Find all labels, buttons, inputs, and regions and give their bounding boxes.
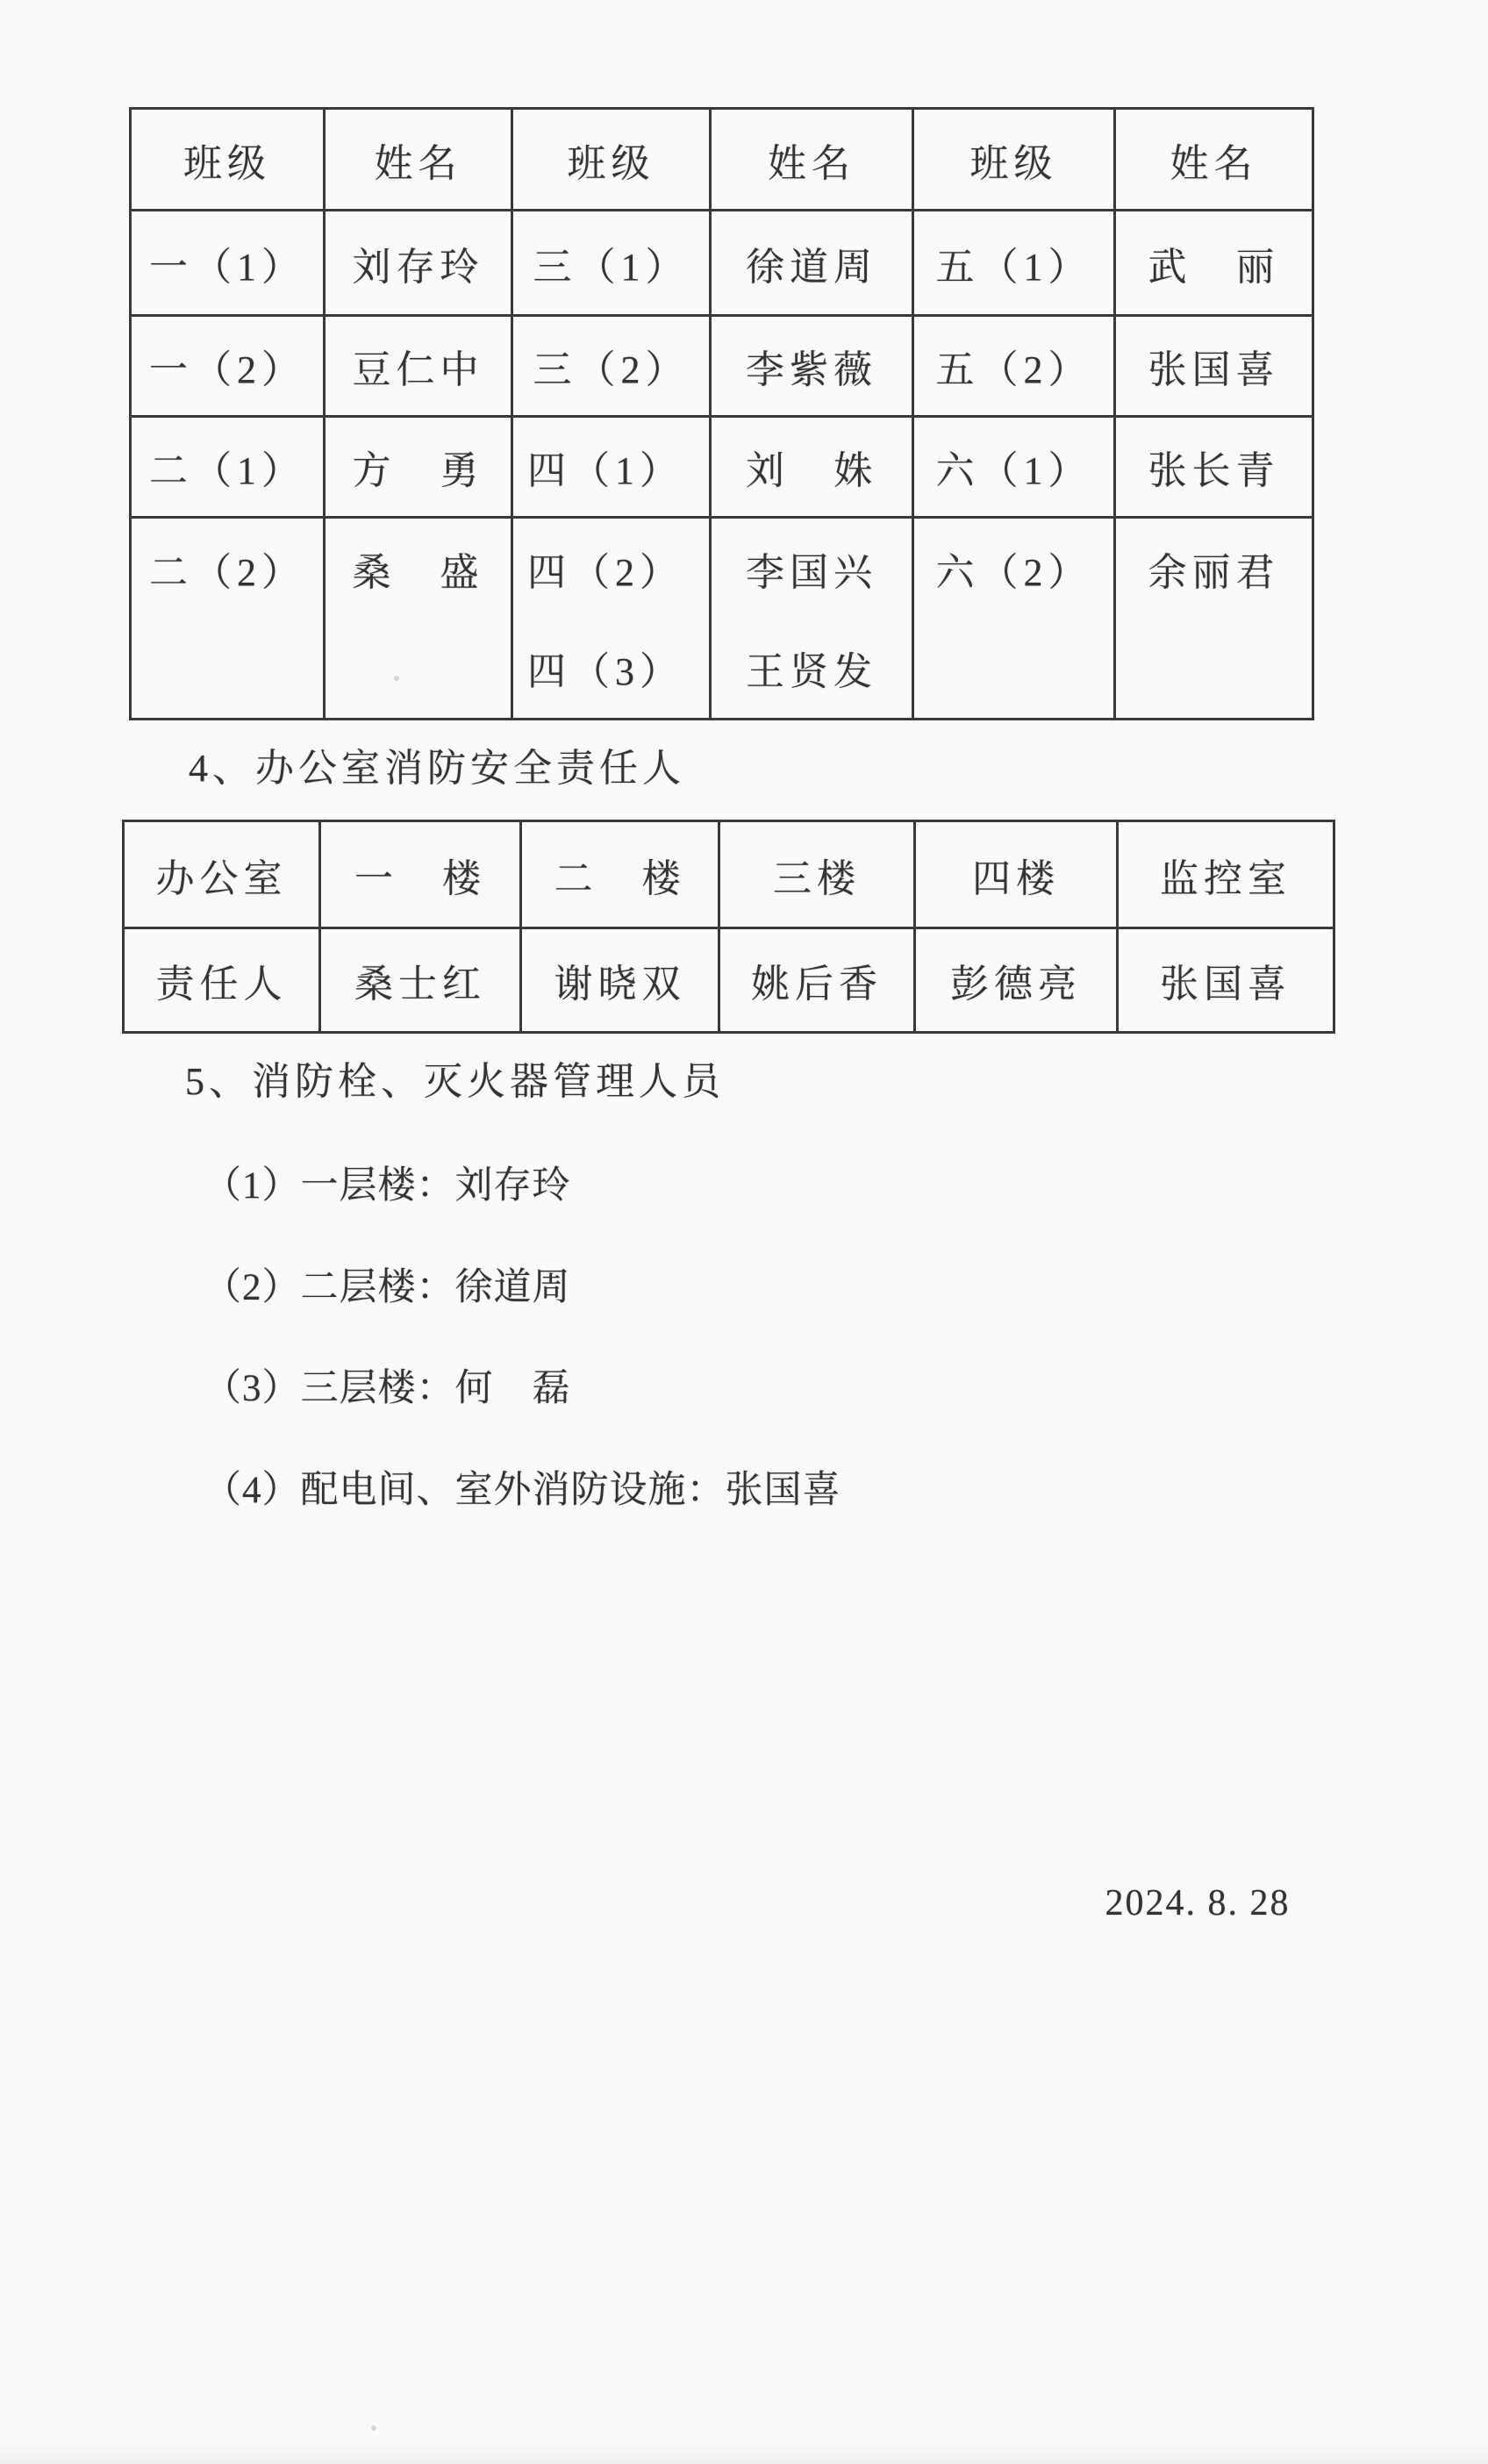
name-cell: 谢晓双 xyxy=(521,928,719,1033)
office-fire-safety-table: 办公室 一 楼 二 楼 三楼 四楼 监控室 责任人 桑士红 谢晓双 姚后香 彭德… xyxy=(122,820,1335,1034)
class-cell: 一（2） xyxy=(131,316,325,417)
scan-speck xyxy=(394,676,399,681)
floor-cell: 二 楼 xyxy=(521,821,719,928)
header-cell: 班级 xyxy=(913,109,1115,211)
class-cell: 三（1） xyxy=(512,211,711,316)
list-item: （2）二层楼：徐道周 xyxy=(204,1266,571,1310)
header-cell: 姓名 xyxy=(1115,109,1313,211)
section-4-heading: 4、办公室消防安全责任人 xyxy=(189,747,685,791)
name-cell: 姚后香 xyxy=(719,928,915,1033)
floor-cell: 三楼 xyxy=(719,821,915,928)
table-row-tall: 二（2） 桑 盛 四（2） 四（3） 李国兴 王贤发 六（2） 余丽君 xyxy=(131,518,1313,720)
name-cell: 豆仁中 xyxy=(325,316,512,417)
cell-line: 李国兴 xyxy=(712,519,912,618)
table-row: 一（2） 豆仁中 三（2） 李紫薇 五（2） 张国喜 xyxy=(131,316,1313,417)
document-date: 2024. 8. 28 xyxy=(1035,1881,1360,1925)
name-cell: 武 丽 xyxy=(1115,211,1313,316)
floor-cell: 四楼 xyxy=(915,821,1118,928)
class-cell: 四（1） xyxy=(512,417,711,518)
name-cell: 刘 姝 xyxy=(711,417,913,518)
table-row: 二（1） 方 勇 四（1） 刘 姝 六（1） 张长青 xyxy=(131,417,1313,518)
class-cell: 三（2） xyxy=(512,316,711,417)
header-cell: 姓名 xyxy=(711,109,913,211)
class-cell: 四（2） 四（3） xyxy=(512,518,711,720)
name-cell: 徐道周 xyxy=(711,211,913,316)
name-cell: 桑士红 xyxy=(320,928,521,1033)
name-cell: 彭德亮 xyxy=(915,928,1118,1033)
cell-line: 四（3） xyxy=(527,618,709,717)
table-row: 一（1） 刘存玲 三（1） 徐道周 五（1） 武 丽 xyxy=(131,211,1313,316)
table-row: 办公室 一 楼 二 楼 三楼 四楼 监控室 xyxy=(124,821,1334,928)
list-item: （4）配电间、室外消防设施：张国喜 xyxy=(204,1469,841,1513)
class-cell: 六（1） xyxy=(913,417,1115,518)
class-cell: 五（2） xyxy=(913,316,1115,417)
name-cell: 张国喜 xyxy=(1115,316,1313,417)
floor-cell: 监控室 xyxy=(1118,821,1334,928)
name-cell: 桑 盛 xyxy=(325,518,512,720)
name-cell: 李紫薇 xyxy=(711,316,913,417)
table-row: 责任人 桑士红 谢晓双 姚后香 彭德亮 张国喜 xyxy=(124,928,1334,1033)
name-cell: 李国兴 王贤发 xyxy=(711,518,913,720)
class-cell: 一（1） xyxy=(131,211,325,316)
label-cell: 责任人 xyxy=(124,928,320,1033)
section-5-heading: 5、消防栓、灭火器管理人员 xyxy=(185,1060,725,1104)
list-item: （3）三层楼：何 磊 xyxy=(204,1367,571,1411)
class-cell: 六（2） xyxy=(913,518,1115,720)
cell-line: 王贤发 xyxy=(712,618,912,717)
header-cell: 班级 xyxy=(131,109,325,211)
cell-line: 余丽君 xyxy=(1116,519,1312,618)
name-cell: 张国喜 xyxy=(1118,928,1334,1033)
cell-line: 二（2） xyxy=(132,519,323,618)
cell-line: 桑 盛 xyxy=(325,519,511,618)
office-cell: 办公室 xyxy=(124,821,320,928)
class-cell: 二（2） xyxy=(131,518,325,720)
class-cell: 五（1） xyxy=(913,211,1115,316)
cell-line: 六（2） xyxy=(914,519,1113,618)
scanned-document-page: 班级 姓名 班级 姓名 班级 姓名 一（1） 刘存玲 三（1） 徐道周 五（1）… xyxy=(0,0,1488,2464)
scan-speck xyxy=(371,2425,376,2431)
name-cell: 余丽君 xyxy=(1115,518,1313,720)
floor-cell: 一 楼 xyxy=(320,821,521,928)
name-cell: 张长青 xyxy=(1115,417,1313,518)
name-cell: 刘存玲 xyxy=(325,211,512,316)
header-cell: 班级 xyxy=(512,109,711,211)
cell-line: 四（2） xyxy=(527,519,709,618)
table-header-row: 班级 姓名 班级 姓名 班级 姓名 xyxy=(131,109,1313,211)
class-fire-safety-table: 班级 姓名 班级 姓名 班级 姓名 一（1） 刘存玲 三（1） 徐道周 五（1）… xyxy=(129,107,1314,720)
name-cell: 方 勇 xyxy=(325,417,512,518)
list-item: （1）一层楼：刘存玲 xyxy=(204,1164,571,1208)
header-cell: 姓名 xyxy=(325,109,512,211)
class-cell: 二（1） xyxy=(131,417,325,518)
